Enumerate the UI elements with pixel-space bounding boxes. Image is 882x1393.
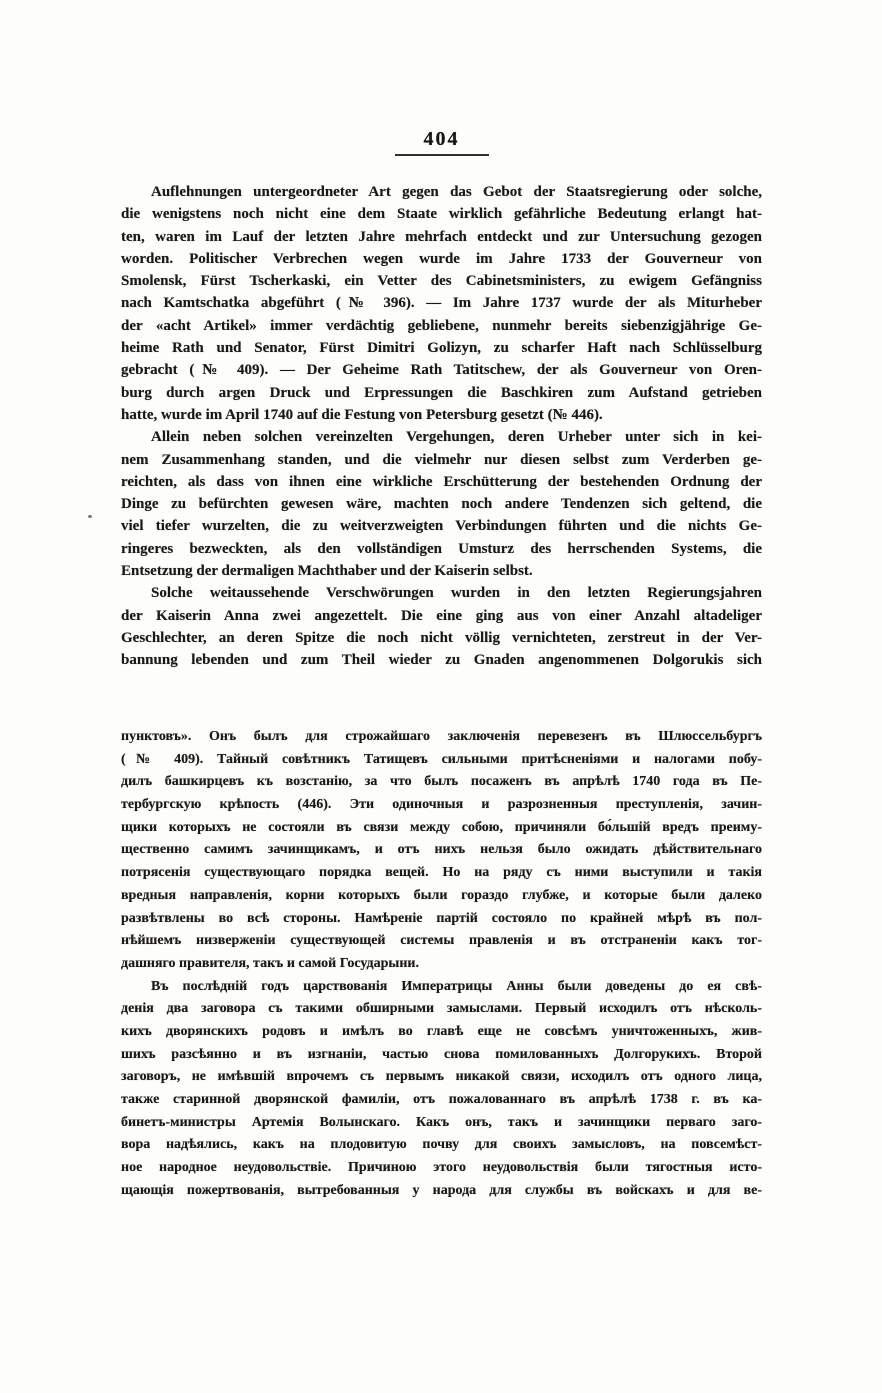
text-line: Entsetzung der dermaligen Machthaber und…: [121, 560, 762, 582]
paragraph: Въ послѣдній годъ царствованія Императри…: [121, 976, 762, 1203]
text-line: (№ 409). Тайный совѣтникъ Татищевъ сильн…: [121, 749, 762, 772]
text-line: Dinge zu befürchten gewesen wäre, machte…: [121, 493, 762, 515]
text-line: ten, waren im Lauf der letzten Jahre meh…: [121, 226, 762, 248]
text-line: Auflehnungen untergeordneter Art gegen d…: [121, 181, 762, 203]
text-line: nem Zusammenhang standen, und die vielme…: [121, 449, 762, 471]
text-line: gebracht (№ 409). — Der Geheime Rath Tat…: [121, 359, 762, 381]
text-line: развѣтвлены во всѣ стороны. Намѣреніе па…: [121, 908, 762, 931]
main-text: Auflehnungen untergeordneter Art gegen d…: [121, 181, 762, 672]
text-line: nach Kamtschatka abgeführt (№ 396). — Im…: [121, 292, 762, 314]
text-line: worden. Politischer Verbrechen wegen wur…: [121, 248, 762, 270]
text-line: Въ послѣдній годъ царствованія Императри…: [121, 976, 762, 999]
page-number: 404: [424, 128, 460, 151]
text-line: Geschlechter, an deren Spitze die noch n…: [121, 627, 762, 649]
book-page: 404 Auflehnungen untergeordneter Art geg…: [0, 0, 882, 1393]
text-line: щающія пожертвованія, вытребованныя у на…: [121, 1180, 762, 1203]
text-line: бинетъ-министры Артемія Волынскаго. Какъ…: [121, 1112, 762, 1135]
text-line: кихъ дворянскихъ родовъ и имѣлъ во главѣ…: [121, 1021, 762, 1044]
text-line: пунктовъ». Онъ былъ для строжайшаго закл…: [121, 726, 762, 749]
text-line: bannung lebenden und zum Theil wieder zu…: [121, 649, 762, 671]
text-line: вора надѣялись, какъ на плодовитую почву…: [121, 1134, 762, 1157]
text-line: дашняго правителя, такъ и самой Государы…: [121, 953, 762, 976]
text-line: шихъ разсѣянно и въ изгнаніи, частью сно…: [121, 1044, 762, 1067]
margin-speck: [88, 515, 92, 518]
text-line: hatte, wurde im April 1740 auf die Festu…: [121, 404, 762, 426]
text-line: reichten, als dass von ihnen eine wirkli…: [121, 471, 762, 493]
text-line: der Kaiserin Anna zwei angezettelt. Die …: [121, 605, 762, 627]
text-line: der «acht Artikel» immer verdächtig gebl…: [121, 315, 762, 337]
text-line: щественно самимъ зачинщикамъ, и отъ нихъ…: [121, 839, 762, 862]
paragraph: Solche weitaussehende Verschwörungen wur…: [121, 582, 762, 671]
paragraph: пунктовъ». Онъ былъ для строжайшаго закл…: [121, 726, 762, 976]
page-number-rule: [395, 154, 489, 156]
text-line: ное народное неудовольствіе. Причиною эт…: [121, 1157, 762, 1180]
text-line: ringeres bezweckten, als den vollständig…: [121, 538, 762, 560]
text-line: щики которыхъ не состояли въ связи между…: [121, 817, 762, 840]
page-header: 404: [121, 128, 762, 156]
text-line: тербургскую крѣпость (446). Эти одиночны…: [121, 794, 762, 817]
paragraph: Auflehnungen untergeordneter Art gegen d…: [121, 181, 762, 426]
text-line: Allein neben solchen vereinzelten Vergeh…: [121, 426, 762, 448]
footnote-section: пунктовъ». Онъ былъ для строжайшаго закл…: [121, 726, 762, 1202]
text-line: burg durch argen Druck und Erpressungen …: [121, 382, 762, 404]
text-line: дилъ башкирцевъ къ возстанію, за что был…: [121, 771, 762, 794]
text-line: денія два заговора съ такими обширными з…: [121, 998, 762, 1021]
text-line: die wenigstens noch nicht eine dem Staat…: [121, 203, 762, 225]
text-line: также старинной дворянской фамиліи, отъ …: [121, 1089, 762, 1112]
text-line: заговоръ, не имѣвшій впрочемъ съ первымъ…: [121, 1066, 762, 1089]
text-line: потрясенія существующаго порядка вещей. …: [121, 862, 762, 885]
text-line: heime Rath und Senator, Fürst Dimitri Go…: [121, 337, 762, 359]
text-line: Solche weitaussehende Verschwörungen wur…: [121, 582, 762, 604]
text-line: вредныя направленія, корни которыхъ были…: [121, 885, 762, 908]
text-line: Smolensk, Fürst Tscherkaski, ein Vetter …: [121, 270, 762, 292]
paragraph: Allein neben solchen vereinzelten Vergeh…: [121, 426, 762, 582]
text-line: нѣйшемъ низверженіи существующей системы…: [121, 930, 762, 953]
text-line: viel tiefer wurzelten, die zu weitverzwe…: [121, 515, 762, 537]
